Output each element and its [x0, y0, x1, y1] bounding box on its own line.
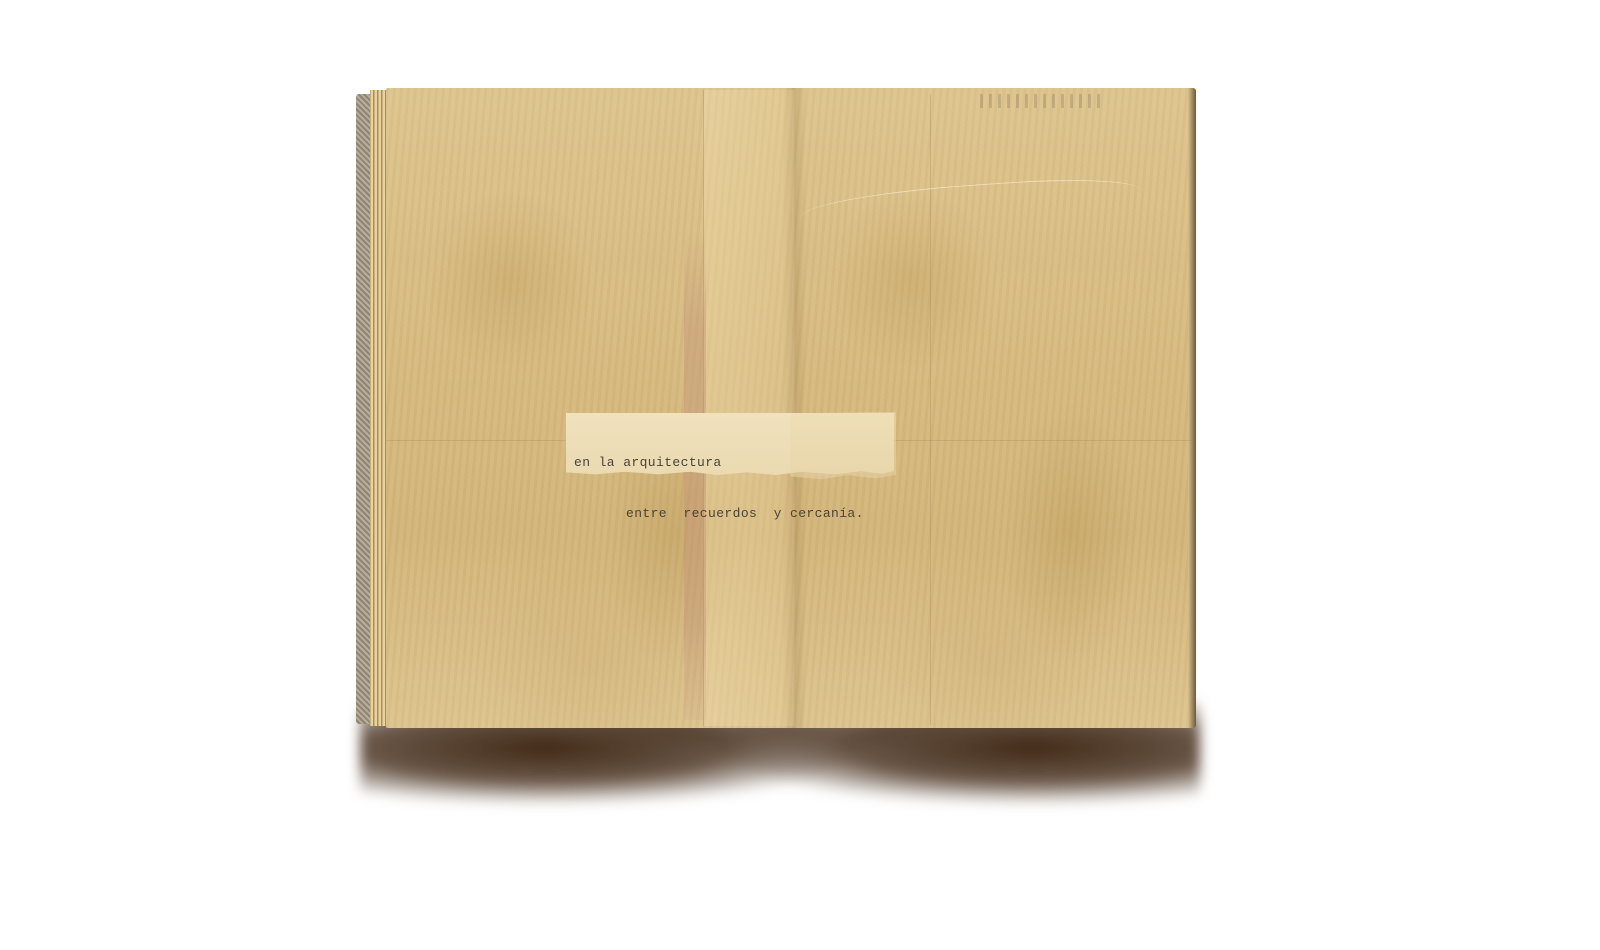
- photo-scene: en la arquitectura entre recuerdos y cer…: [0, 0, 1600, 950]
- pencil-annotation: [980, 94, 1100, 108]
- typed-line-1: en la arquitectura: [574, 454, 864, 471]
- typed-text: en la arquitectura entre recuerdos y cer…: [574, 420, 864, 556]
- typed-line-2: entre recuerdos y cercanía.: [574, 505, 864, 522]
- vertical-tape-strip: [703, 90, 795, 726]
- right-page-stack: [1188, 88, 1196, 728]
